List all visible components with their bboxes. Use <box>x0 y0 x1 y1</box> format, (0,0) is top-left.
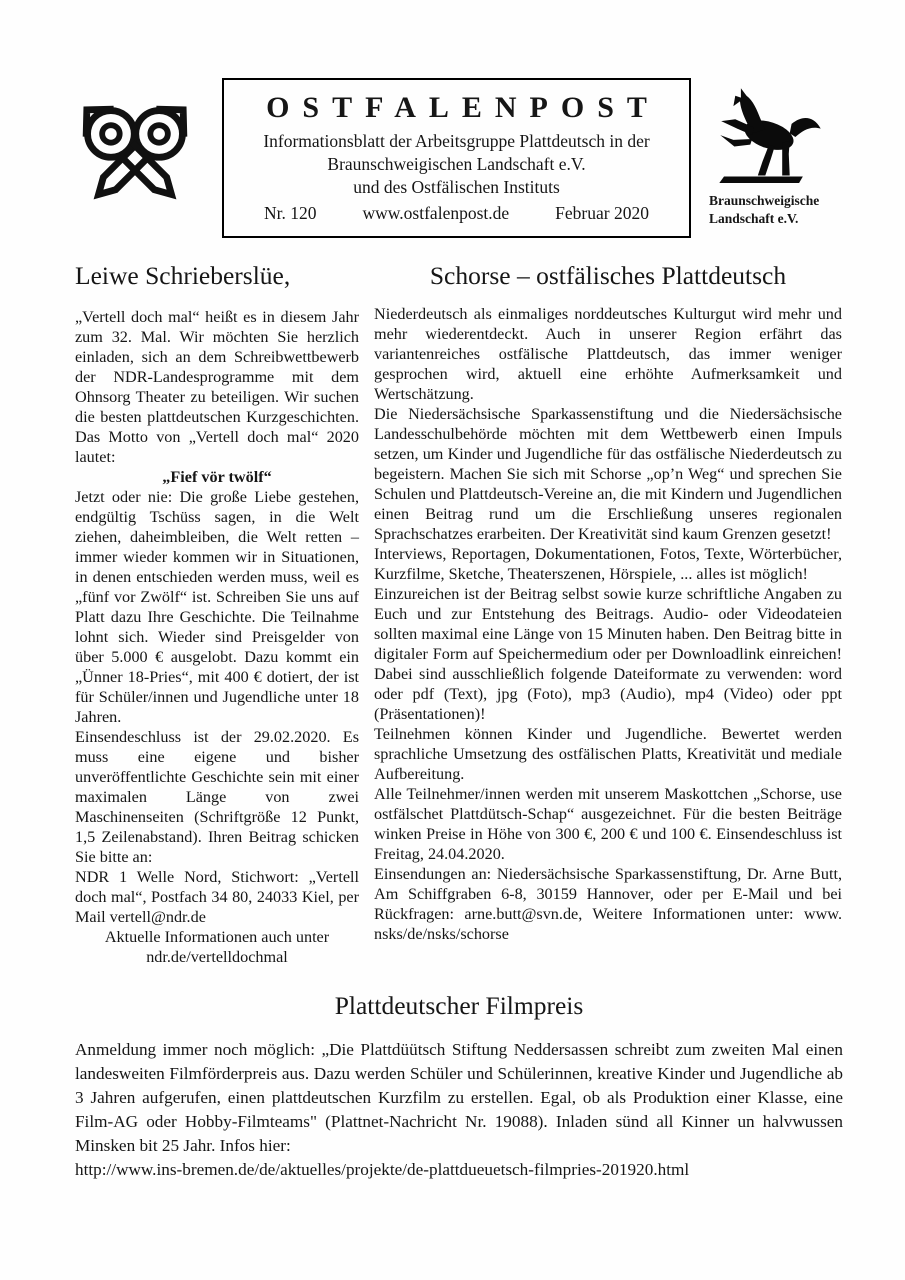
left-footer-line-2: ndr.de/vertelldochmal <box>75 947 359 967</box>
rearing-horse-icon <box>709 86 831 190</box>
website-url: www.ostfalenpost.de <box>363 203 510 224</box>
article-vertell-doch-mal: Leiwe Schrieberslüe, „Vertell doch mal“ … <box>75 261 359 967</box>
masthead-subtitle-line-1: Informationsblatt der Arbeitsgruppe Plat… <box>228 130 685 153</box>
right-paragraph-4: Einzureichen ist der Beitrag selbst sowi… <box>374 584 842 724</box>
right-paragraph-6: Alle Teilnehmer/innen werden mit unserem… <box>374 784 842 864</box>
horse-logo-caption: Braunschweigische Landschaft e.V. <box>709 192 819 228</box>
right-paragraph-1: Niederdeutsch als einmaliges norddeutsch… <box>374 304 842 404</box>
article-schorse: Schorse – ostfälisches Plattdeutsch Nied… <box>374 261 842 967</box>
left-paragraph-1: „Vertell doch mal“ heißt es in diesem Ja… <box>75 307 359 467</box>
horse-caption-line-1: Braunschweigische <box>709 192 819 210</box>
ostfaelisches-institut-logo <box>58 78 212 238</box>
film-info-url: http://www.ins-bremen.de/de/aktuelles/pr… <box>75 1158 843 1182</box>
left-paragraph-2: Jetzt oder nie: Die große Liebe gestehen… <box>75 487 359 727</box>
left-column-heading: Leiwe Schrieberslüe, <box>75 261 359 291</box>
right-paragraph-2: Die Niedersächsische Sparkassenstiftung … <box>374 404 842 544</box>
contest-motto: „Fief vör twölf“ <box>75 467 359 487</box>
issue-number: Nr. 120 <box>264 203 317 224</box>
masthead: OSTFALENPOST Informationsblatt der Arbei… <box>0 0 905 238</box>
left-paragraph-address: NDR 1 Welle Nord, Stichwort: „Vertell do… <box>75 867 359 927</box>
right-paragraph-contact: Einsendungen an: Niedersächsische Sparka… <box>374 864 842 944</box>
masthead-subtitle-line-3: und des Ostfälischen Instituts <box>228 176 685 199</box>
masthead-title-box: OSTFALENPOST Informationsblatt der Arbei… <box>222 78 691 238</box>
right-paragraph-5: Teilnehmen können Kinder und Jugendliche… <box>374 724 842 784</box>
issue-date: Februar 2020 <box>555 203 649 224</box>
right-column-heading: Schorse – ostfälisches Plattdeutsch <box>374 261 842 291</box>
right-paragraph-3: Interviews, Reportagen, Dokumentationen,… <box>374 544 842 584</box>
left-footer-line-1: Aktuelle Informationen auch unter <box>75 927 359 947</box>
masthead-meta-line: Nr. 120 www.ostfalenpost.de Februar 2020 <box>228 203 685 224</box>
horse-caption-line-2: Landschaft e.V. <box>709 210 819 228</box>
article-filmpreis: Plattdeutscher Filmpreis Anmeldung immer… <box>0 991 905 1182</box>
braunschweigische-landschaft-logo: Braunschweigische Landschaft e.V. <box>701 78 859 238</box>
masthead-subtitle-line-2: Braunschweigischen Landschaft e.V. <box>228 153 685 176</box>
film-section-heading: Plattdeutscher Filmpreis <box>75 991 843 1021</box>
newsletter-title: OSTFALENPOST <box>228 91 685 125</box>
left-paragraph-3: Einsendeschluss ist der 29.02.2020. Es m… <box>75 727 359 867</box>
crossed-keys-icon <box>62 85 208 231</box>
article-columns: Leiwe Schrieberslüe, „Vertell doch mal“ … <box>0 261 905 967</box>
film-section-body: Anmeldung immer noch möglich: „Die Platt… <box>75 1038 843 1158</box>
newsletter-page: OSTFALENPOST Informationsblatt der Arbei… <box>0 0 905 1280</box>
